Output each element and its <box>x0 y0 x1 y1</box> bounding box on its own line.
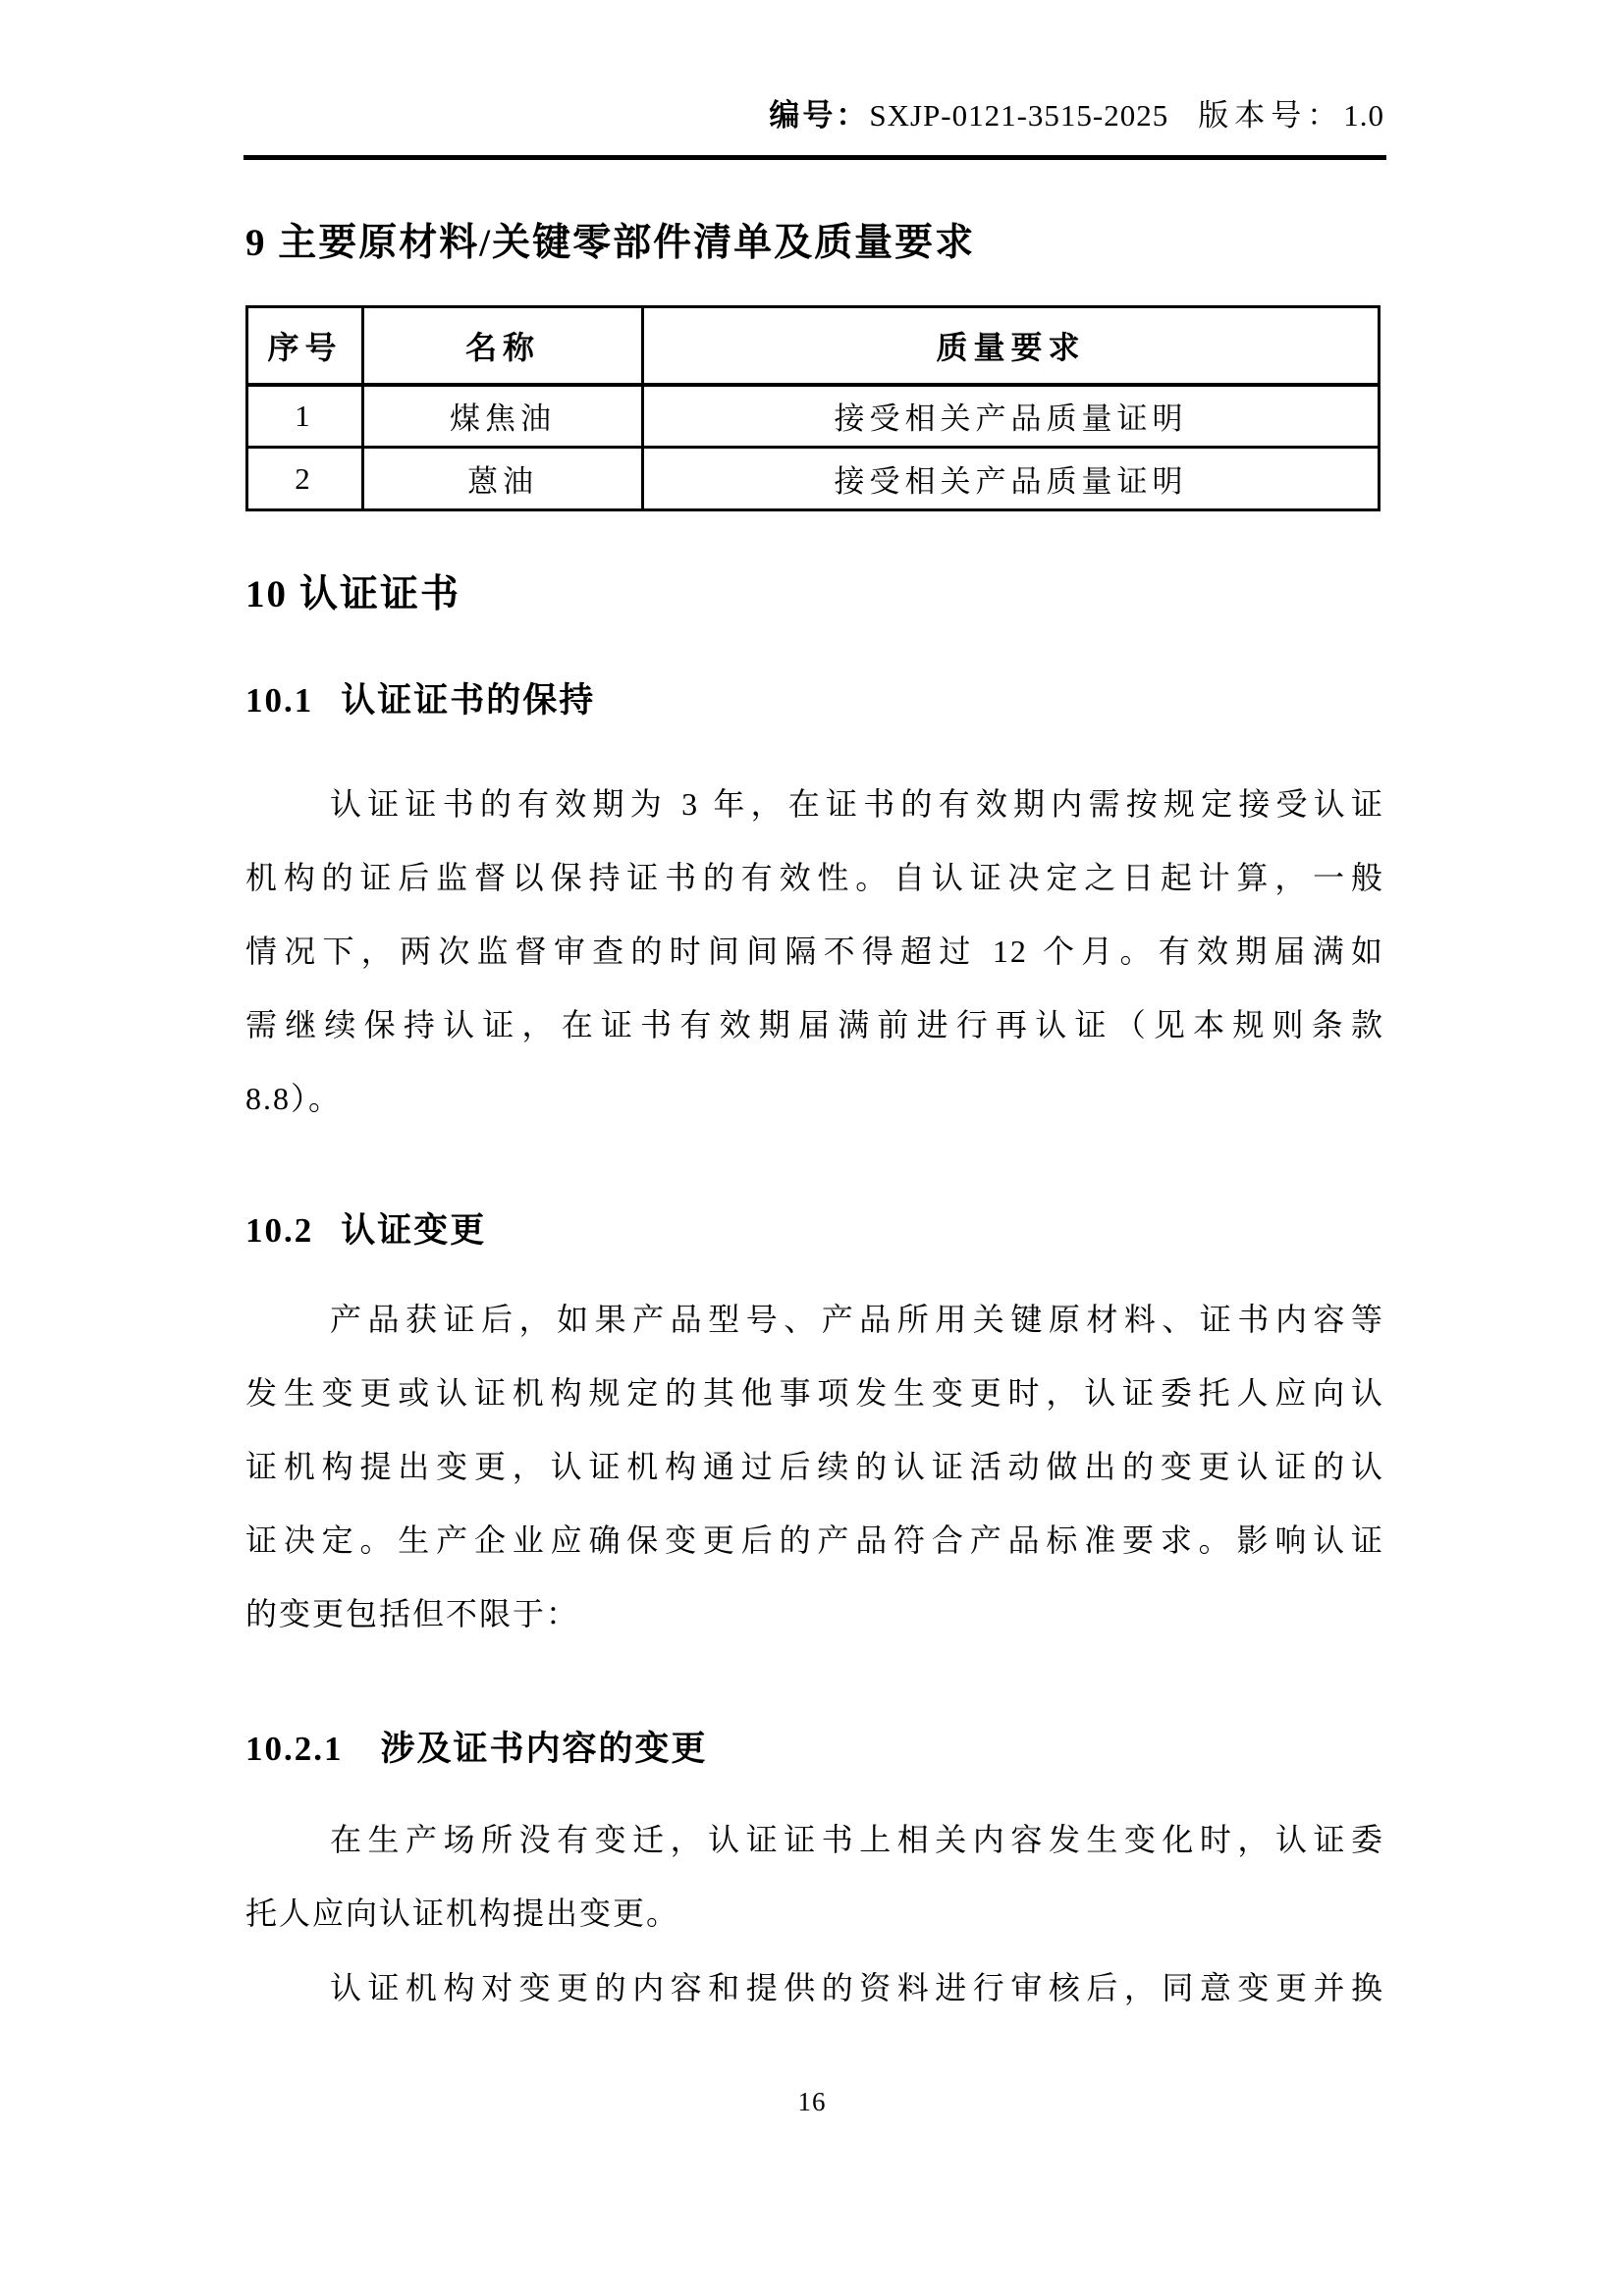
document-header: 编号：SXJP-0121-3515-2025版本号：1.0 <box>245 90 1384 134</box>
paragraph-10-2: 产品获证后，如果产品型号、产品所用关键原材料、证书内容等 发生变更或认证机构规定… <box>245 1283 1384 1651</box>
page-number: 16 <box>0 2087 1624 2117</box>
section-10-2-1-heading: 10.2.1涉及证书内容的变更 <box>245 1722 1384 1771</box>
section-10-1-number: 10.1 <box>245 681 313 720</box>
section-10-2-title: 认证变更 <box>341 1211 486 1250</box>
cell-name: 蒽油 <box>363 448 643 510</box>
paragraph-10-2-1-second: 认证机构对变更的内容和提供的资料进行审核后，同意变更并换 <box>245 1951 1384 2025</box>
cell-requirement: 接受相关产品质量证明 <box>643 448 1380 510</box>
paragraph-line: 认证机构对变更的内容和提供的资料进行审核后，同意变更并换 <box>245 1951 1384 2025</box>
paragraph-10-1: 认证证书的有效期为 3 年，在证书的有效期内需按规定接受认证 机构的证后监督以保… <box>245 768 1384 1136</box>
section-10-2-1-title: 涉及证书内容的变更 <box>381 1730 708 1768</box>
table-header-row: 序号 名称 质量要求 <box>247 307 1380 385</box>
paragraph-line: 发生变更或认证机构规定的其他事项发生变更时，认证委托人应向认 <box>245 1357 1384 1430</box>
section-10-2-1-number: 10.2.1 <box>245 1730 344 1768</box>
doc-number-label: 编号： <box>769 98 869 133</box>
section-10-2-heading: 10.2认证变更 <box>245 1203 1384 1253</box>
paragraph-line: 情况下，两次监督审查的时间间隔不得超过 12 个月。有效期届满如 <box>245 915 1384 988</box>
paragraph-line: 托人应向认证机构提出变更。 <box>245 1877 1384 1950</box>
paragraph-line: 机构的证后监督以保持证书的有效性。自认证决定之日起计算，一般 <box>245 841 1384 915</box>
cell-index: 2 <box>247 448 363 510</box>
paragraph-line: 需继续保持认证，在证书有效期届满前进行再认证（见本规则条款 <box>245 988 1384 1062</box>
paragraph-line: 产品获证后，如果产品型号、产品所用关键原材料、证书内容等 <box>245 1283 1384 1357</box>
version-label: 版本号： <box>1198 98 1343 133</box>
cell-requirement: 接受相关产品质量证明 <box>643 385 1380 448</box>
header-divider-line <box>244 155 1386 160</box>
document-page: 编号：SXJP-0121-3515-2025版本号：1.0 9 主要原材料/关键… <box>0 0 1624 2296</box>
paragraph-10-2-1-first: 在生产场所没有变迁，认证证书上相关内容发生变化时，认证委 托人应向认证机构提出变… <box>245 1803 1384 1950</box>
paragraph-line: 8.8）。 <box>245 1062 1384 1136</box>
cell-index: 1 <box>247 385 363 448</box>
section-9-heading: 9 主要原材料/关键零部件清单及质量要求 <box>245 212 1384 267</box>
col-header-requirement: 质量要求 <box>643 307 1380 385</box>
col-header-index: 序号 <box>247 307 363 385</box>
paragraph-line: 的变更包括但不限于： <box>245 1577 1384 1651</box>
version-value: 1.0 <box>1343 98 1384 133</box>
section-10-2-number: 10.2 <box>245 1211 313 1250</box>
table-row: 2 蒽油 接受相关产品质量证明 <box>247 448 1380 510</box>
cell-name: 煤焦油 <box>363 385 643 448</box>
col-header-name: 名称 <box>363 307 643 385</box>
materials-table: 序号 名称 质量要求 1 煤焦油 接受相关产品质量证明 2 蒽油 接受相关产品质… <box>245 305 1380 511</box>
paragraph-line: 证决定。生产企业应确保变更后的产品符合产品标准要求。影响认证 <box>245 1504 1384 1577</box>
paragraph-line: 证机构提出变更，认证机构通过后续的认证活动做出的变更认证的认 <box>245 1430 1384 1504</box>
doc-number-value: SXJP-0121-3515-2025 <box>869 98 1168 133</box>
section-10-heading: 10认证证书 <box>245 563 1384 618</box>
section-10-1-title: 认证证书的保持 <box>341 681 595 720</box>
paragraph-line: 认证证书的有效期为 3 年，在证书的有效期内需按规定接受认证 <box>245 768 1384 841</box>
section-10-title: 认证证书 <box>299 573 460 615</box>
table-row: 1 煤焦油 接受相关产品质量证明 <box>247 385 1380 448</box>
section-10-number: 10 <box>245 573 288 615</box>
paragraph-line: 在生产场所没有变迁，认证证书上相关内容发生变化时，认证委 <box>245 1803 1384 1877</box>
section-10-1-heading: 10.1认证证书的保持 <box>245 673 1384 722</box>
